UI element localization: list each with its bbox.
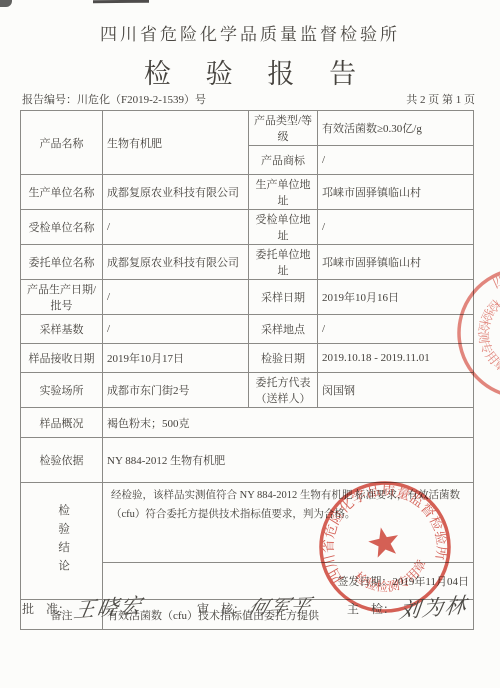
field-producer-name-label: 生产单位名称 <box>21 175 103 210</box>
field-producer-name-value: 成都复原农业科技有限公司 <box>103 175 249 210</box>
field-inspected-name-value: / <box>103 210 249 245</box>
partial-seal-org-text: 四川省危险化学品质量监督检验所 <box>490 262 500 401</box>
svg-text:检验检测专用章: 检验检测专用章 <box>350 555 434 602</box>
field-inspection-date-value: 2019.10.18 - 2019.11.01 <box>318 344 474 373</box>
field-sample-desc-value: 褐色粉末；500克 <box>103 408 474 438</box>
conclusion-label: 检验结论 <box>55 504 68 578</box>
approve-label: 批 准： <box>22 600 70 617</box>
field-trademark-value: / <box>318 146 474 175</box>
field-client-name-value: 成都复原农业科技有限公司 <box>103 245 249 280</box>
approve-signature-block: 批 准： 王晓宏 <box>22 600 197 619</box>
field-product-name-label: 产品名称 <box>21 111 103 175</box>
field-sample-received-value: 2019年10月17日 <box>103 344 249 373</box>
field-client-rep-value: 闵国钢 <box>318 373 474 408</box>
field-inspection-date-label: 检验日期 <box>249 344 318 373</box>
signature-row: 批 准： 王晓宏 审 核： 何军平 主 检： 刘为林 <box>22 600 477 619</box>
field-sampling-place-label: 采样地点 <box>249 315 318 344</box>
chief-label: 主 检： <box>347 600 395 617</box>
report-number-value: 川危化（F2019-2-1539）号 <box>77 94 206 106</box>
field-production-date-label: 产品生产日期/批号 <box>21 280 103 315</box>
field-client-address-label: 委托单位地址 <box>249 245 318 280</box>
field-client-rep-label: 委托方代表（送样人） <box>249 373 318 408</box>
field-inspection-basis-label: 检验依据 <box>21 438 103 483</box>
chief-signature-block: 主 检： 刘为林 <box>347 600 468 619</box>
partial-seal-type-text: 检验检测专用章 <box>472 295 500 377</box>
field-producer-address-value: 邛崃市固驿镇临山村 <box>318 175 474 210</box>
report-number-label: 报告编号： <box>22 94 77 106</box>
inspection-report-page: 四川省危险化学品质量监督检验所 检 验 报 告 报告编号：川危化（F2019-2… <box>0 0 500 688</box>
field-trademark-label: 产品商标 <box>249 146 318 175</box>
chief-signature: 刘为林 <box>398 595 469 622</box>
field-inspected-address-value: / <box>318 210 474 245</box>
field-client-name-label: 委托单位名称 <box>21 245 103 280</box>
field-sampling-base-label: 采样基数 <box>21 315 103 344</box>
conclusion-label-cell: 检验结论 <box>21 483 103 600</box>
review-signature: 何军平 <box>246 597 314 618</box>
field-sampling-base-value: / <box>103 315 249 344</box>
scan-smudge-corner <box>0 0 12 7</box>
page-title: 检 验 报 告 <box>0 52 500 91</box>
field-sample-received-label: 样品接收日期 <box>21 344 103 373</box>
field-production-date-value: / <box>103 280 249 315</box>
field-product-name-value: 生物有机肥 <box>103 111 249 175</box>
review-label: 审 核： <box>197 600 245 617</box>
field-inspected-address-label: 受检单位地址 <box>249 210 318 245</box>
svg-text:检验检测专用章: 检验检测专用章 <box>472 295 500 377</box>
page-count: 共 2 页 第 1 页 <box>406 91 475 107</box>
scan-smudge-bar <box>93 0 149 3</box>
seal-type-text: 检验检测专用章 <box>350 555 434 602</box>
field-product-type-value: 有效活菌数≥0.30亿/g <box>318 111 474 146</box>
review-signature-block: 审 核： 何军平 <box>197 600 347 617</box>
report-number: 报告编号：川危化（F2019-2-1539）号 <box>22 91 206 107</box>
field-sampling-place-value: / <box>318 315 474 344</box>
field-sample-desc-label: 样品概况 <box>21 408 103 438</box>
field-sampling-date-label: 采样日期 <box>249 280 318 315</box>
svg-text:四川省危险化学品质量监督检验所: 四川省危险化学品质量监督检验所 <box>490 262 500 401</box>
approve-signature: 王晓宏 <box>72 595 145 621</box>
field-lab-place-label: 实验场所 <box>21 373 103 408</box>
field-product-type-label: 产品类型/等级 <box>249 111 318 146</box>
field-lab-place-value: 成都市东门街2号 <box>103 373 249 408</box>
seal-star-icon <box>366 524 402 559</box>
institute-name: 四川省危险化学品质量监督检验所 <box>0 20 500 45</box>
field-producer-address-label: 生产单位地址 <box>249 175 318 210</box>
field-inspected-name-label: 受检单位名称 <box>21 210 103 245</box>
report-meta-row: 报告编号：川危化（F2019-2-1539）号 共 2 页 第 1 页 <box>22 91 475 107</box>
